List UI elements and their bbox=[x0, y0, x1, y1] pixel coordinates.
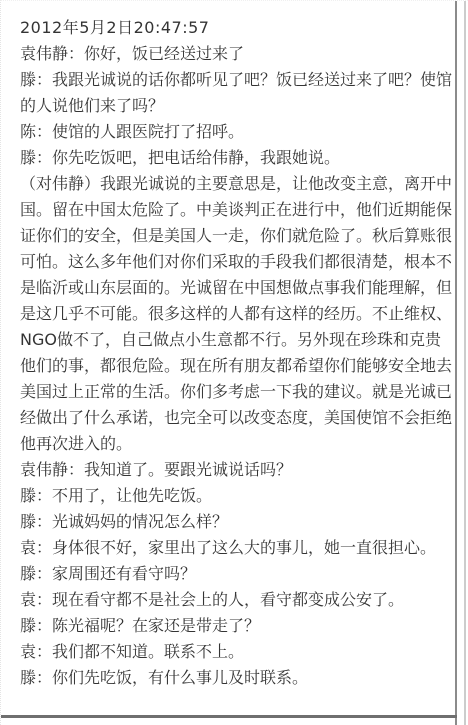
speaker-name: 陈： bbox=[20, 122, 52, 141]
transcript-line: 袁：身体很不好，家里出了这么大的事儿，她一直很担心。 bbox=[20, 535, 453, 561]
message-list: 袁伟静：你好，饭已经送过来了滕：我跟光诚说的话你都听见了吧？饭已经送过来了吧？使… bbox=[20, 41, 453, 691]
timestamp: 2012年5月2日20:47:57 bbox=[20, 15, 453, 41]
speaker-name: 滕： bbox=[20, 486, 52, 505]
speaker-name: 袁伟静： bbox=[20, 460, 84, 479]
speaker-name: 袁伟静： bbox=[20, 44, 84, 63]
transcript-line: 袁：现在看守都不是社会上的人，看守都变成公安了。 bbox=[20, 587, 453, 613]
speaker-name: 滕： bbox=[20, 70, 52, 89]
message-text: 不用了，让他先吃饭。 bbox=[52, 486, 212, 505]
message-text: 陈光福呢？在家还是带走了？ bbox=[52, 616, 260, 635]
transcript: 2012年5月2日20:47:57 袁伟静：你好，饭已经送过来了滕：我跟光诚说的… bbox=[20, 15, 453, 691]
message-text: （对伟静）我跟光诚说的主要意思是，让他改变主意，离开中国。留在中国太危险了。中美… bbox=[20, 174, 452, 453]
transcript-line: 滕：我跟光诚说的话你都听见了吧？饭已经送过来了吧？使馆的人说他们来了吗？ bbox=[20, 67, 453, 119]
transcript-line: 袁：我们都不知道。联系不上。 bbox=[20, 639, 453, 665]
document-page: 2012年5月2日20:47:57 袁伟静：你好，饭已经送过来了滕：我跟光诚说的… bbox=[0, 0, 468, 725]
message-text: 现在看守都不是社会上的人，看守都变成公安了。 bbox=[52, 590, 404, 609]
speaker-name: 袁： bbox=[20, 642, 52, 661]
transcript-line: 袁伟静：我知道了。要跟光诚说话吗？ bbox=[20, 457, 453, 483]
page-right-border bbox=[455, 1, 457, 725]
message-text: 我跟光诚说的话你都听见了吧？饭已经送过来了吧？使馆的人说他们来了吗？ bbox=[20, 70, 452, 115]
speaker-name: 滕： bbox=[20, 668, 52, 687]
transcript-line: 滕：陈光福呢？在家还是带走了？ bbox=[20, 613, 453, 639]
speaker-name: 袁： bbox=[20, 590, 52, 609]
message-text: 你们先吃饭，有什么事儿及时联系。 bbox=[52, 668, 308, 687]
transcript-line: 袁伟静：你好，饭已经送过来了 bbox=[20, 41, 453, 67]
message-text: 家周围还有看守吗？ bbox=[52, 564, 196, 583]
speaker-name: 滕： bbox=[20, 512, 52, 531]
message-text: 使馆的人跟医院打了招呼。 bbox=[52, 122, 244, 141]
transcript-line: 滕：你们先吃饭，有什么事儿及时联系。 bbox=[20, 665, 453, 691]
transcript-line: 滕：不用了，让他先吃饭。 bbox=[20, 483, 453, 509]
transcript-line: 滕：光诚妈妈的情况怎么样？ bbox=[20, 509, 453, 535]
message-text: 你先吃饭吧，把电话给伟静，我跟她说。 bbox=[52, 148, 340, 167]
speaker-name: 滕： bbox=[20, 148, 52, 167]
message-text: 身体很不好，家里出了这么大的事儿，她一直很担心。 bbox=[52, 538, 436, 557]
page-bottom-border bbox=[1, 715, 457, 718]
message-text: 你好，饭已经送过来了 bbox=[84, 44, 244, 63]
transcript-line: 滕：你先吃饭吧，把电话给伟静，我跟她说。 bbox=[20, 145, 453, 171]
message-text: 我知道了。要跟光诚说话吗？ bbox=[84, 460, 292, 479]
page-right-shadow bbox=[464, 1, 466, 725]
message-text: 我们都不知道。联系不上。 bbox=[52, 642, 244, 661]
transcript-line: （对伟静）我跟光诚说的主要意思是，让他改变主意，离开中国。留在中国太危险了。中美… bbox=[20, 171, 453, 457]
speaker-name: 袁： bbox=[20, 538, 52, 557]
transcript-line: 滕：家周围还有看守吗？ bbox=[20, 561, 453, 587]
message-text: 光诚妈妈的情况怎么样？ bbox=[52, 512, 228, 531]
speaker-name: 滕： bbox=[20, 616, 52, 635]
speaker-name: 滕： bbox=[20, 564, 52, 583]
transcript-line: 陈：使馆的人跟医院打了招呼。 bbox=[20, 119, 453, 145]
